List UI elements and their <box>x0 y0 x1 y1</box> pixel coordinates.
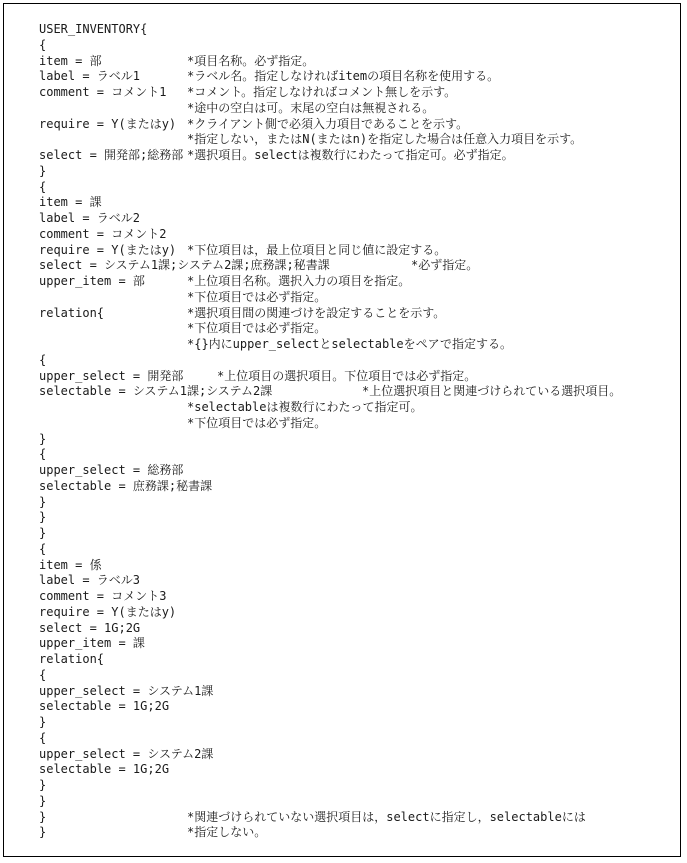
code-line: *{}内にupper_selectとselectableをペアで指定する。 <box>39 337 672 353</box>
code-key-text: } <box>39 164 46 180</box>
code-key-text: } <box>39 794 46 810</box>
code-line: select = システム1課;システム2課;庶務課;秘書課*必ず指定。 <box>39 258 672 274</box>
code-key-text: selectable = システム1課;システム2課 <box>39 384 272 400</box>
code-key-text: { <box>39 353 46 369</box>
code-key-text: { <box>39 180 46 196</box>
document-border-frame: USER_INVENTORY{{item = 部*項目名称。必ず指定。label… <box>3 3 681 857</box>
code-key-text: selectable = 庶務課;秘書課 <box>39 479 212 495</box>
code-comment-text: *クライアント側で必須入力項目であることを示す。 <box>187 117 468 133</box>
code-line: selectable = 庶務課;秘書課 <box>39 479 672 495</box>
code-comment-text: *途中の空白は可。末尾の空白は無視される。 <box>187 101 434 117</box>
code-line: label = ラベル3 <box>39 573 672 589</box>
code-key-text: } <box>39 715 46 731</box>
code-line: { <box>39 38 672 54</box>
code-line: relation{*選択項目間の関連づけを設定することを示す。 <box>39 306 672 322</box>
code-line: } <box>39 794 672 810</box>
code-line: upper_select = システム2課 <box>39 747 672 763</box>
code-line: } <box>39 715 672 731</box>
code-line: require = Y(またはy)*下位項目は，最上位項目と同じ値に設定する。 <box>39 243 672 259</box>
code-comment-text: *必ず指定。 <box>411 258 478 274</box>
code-line: comment = コメント1*コメント。指定しなければコメント無しを示す。 <box>39 85 672 101</box>
code-key-text: item = 係 <box>39 558 102 574</box>
code-line: *途中の空白は可。末尾の空白は無視される。 <box>39 101 672 117</box>
code-line: } <box>39 164 672 180</box>
code-key-text: comment = コメント1 <box>39 85 166 101</box>
code-key-text: upper_item = 部 <box>39 274 145 290</box>
code-key-text: comment = コメント2 <box>39 227 166 243</box>
code-line: { <box>39 668 672 684</box>
code-key-text: selectable = 1G;2G <box>39 762 169 778</box>
code-line: relation{ <box>39 652 672 668</box>
code-comment-text: *下位項目では必ず指定。 <box>187 321 326 337</box>
code-line: *selectableは複数行にわたって指定可。 <box>39 400 672 416</box>
code-key-text: { <box>39 447 46 463</box>
code-line: selectable = 1G;2G <box>39 699 672 715</box>
code-key-text: } <box>39 778 46 794</box>
code-line: label = ラベル2 <box>39 211 672 227</box>
code-line: item = 部*項目名称。必ず指定。 <box>39 54 672 70</box>
code-line: } <box>39 778 672 794</box>
code-key-text: upper_select = システム2課 <box>39 747 213 763</box>
code-line: upper_select = 開発部*上位項目の選択項目。下位項目では必ず指定。 <box>39 369 672 385</box>
code-line: } <box>39 510 672 526</box>
code-key-text: USER_INVENTORY{ <box>39 22 147 38</box>
code-comment-text: *ラベル名。指定しなければitemの項目名称を使用する。 <box>187 69 499 85</box>
code-line: *下位項目では必ず指定。 <box>39 321 672 337</box>
code-key-text: upper_item = 課 <box>39 636 145 652</box>
code-key-text: item = 部 <box>39 54 102 70</box>
code-comment-text: *上位項目名称。選択入力の項目を指定。 <box>187 274 410 290</box>
config-code-listing: USER_INVENTORY{{item = 部*項目名称。必ず指定。label… <box>39 22 672 841</box>
code-key-text: require = Y(またはy) <box>39 117 176 133</box>
code-line: { <box>39 180 672 196</box>
code-comment-text: *下位項目では必ず指定。 <box>187 290 326 306</box>
code-key-text: label = ラベル3 <box>39 573 140 589</box>
code-key-text: { <box>39 668 46 684</box>
code-line: }*関連づけられていない選択項目は，selectに指定し，selectableに… <box>39 810 672 826</box>
code-line: { <box>39 353 672 369</box>
code-line: upper_select = 総務部 <box>39 463 672 479</box>
code-comment-text: *上位選択項目と関連づけられている選択項目。 <box>362 384 621 400</box>
code-comment-text: *指定しない。 <box>187 825 266 841</box>
code-key-text: { <box>39 542 46 558</box>
code-key-text: upper_select = 総務部 <box>39 463 183 479</box>
code-line: require = Y(またはy)*クライアント側で必須入力項目であることを示す… <box>39 117 672 133</box>
code-line: select = 開発部;総務部*選択項目。selectは複数行にわたって指定可… <box>39 148 672 164</box>
code-key-text: { <box>39 731 46 747</box>
code-comment-text: *下位項目では必ず指定。 <box>187 416 326 432</box>
code-key-text: require = Y(またはy) <box>39 243 176 259</box>
code-line: } <box>39 432 672 448</box>
code-key-text: label = ラベル2 <box>39 211 140 227</box>
code-line: item = 課 <box>39 195 672 211</box>
code-comment-text: *項目名称。必ず指定。 <box>187 54 314 70</box>
code-line: { <box>39 731 672 747</box>
code-line: } <box>39 526 672 542</box>
code-key-text: selectable = 1G;2G <box>39 699 169 715</box>
code-line: selectable = 1G;2G <box>39 762 672 778</box>
code-key-text: } <box>39 495 46 511</box>
code-key-text: comment = コメント3 <box>39 589 166 605</box>
code-line: { <box>39 447 672 463</box>
code-line: }*指定しない。 <box>39 825 672 841</box>
code-key-text: require = Y(またはy) <box>39 605 176 621</box>
document-page: USER_INVENTORY{{item = 部*項目名称。必ず指定。label… <box>0 0 687 863</box>
code-line: select = 1G;2G <box>39 621 672 637</box>
code-comment-text: *上位項目の選択項目。下位項目では必ず指定。 <box>217 369 476 385</box>
code-line: item = 係 <box>39 558 672 574</box>
code-key-text: select = システム1課;システム2課;庶務課;秘書課 <box>39 258 330 274</box>
code-comment-text: *{}内にupper_selectとselectableをペアで指定する。 <box>187 337 512 353</box>
code-line: selectable = システム1課;システム2課*上位選択項目と関連づけられ… <box>39 384 672 400</box>
code-key-text: } <box>39 810 46 826</box>
code-line: USER_INVENTORY{ <box>39 22 672 38</box>
code-key-text: item = 課 <box>39 195 102 211</box>
code-line: *下位項目では必ず指定。 <box>39 416 672 432</box>
code-line: comment = コメント2 <box>39 227 672 243</box>
code-key-text: { <box>39 38 46 54</box>
code-key-text: relation{ <box>39 652 104 668</box>
code-key-text: label = ラベル1 <box>39 69 140 85</box>
code-comment-text: *selectableは複数行にわたって指定可。 <box>187 400 422 416</box>
code-line: *指定しない，またはN(またはn)を指定した場合は任意入力項目を示す。 <box>39 132 672 148</box>
code-comment-text: *下位項目は，最上位項目と同じ値に設定する。 <box>187 243 446 259</box>
code-line: label = ラベル1*ラベル名。指定しなければitemの項目名称を使用する。 <box>39 69 672 85</box>
code-key-text: } <box>39 825 46 841</box>
code-line: upper_item = 課 <box>39 636 672 652</box>
code-comment-text: *選択項目間の関連づけを設定することを示す。 <box>187 306 445 322</box>
code-key-text: } <box>39 432 46 448</box>
code-line: { <box>39 542 672 558</box>
code-comment-text: *選択項目。selectは複数行にわたって指定可。必ず指定。 <box>187 148 514 164</box>
code-key-text: upper_select = 開発部 <box>39 369 183 385</box>
code-line: } <box>39 495 672 511</box>
code-key-text: select = 開発部;総務部 <box>39 148 183 164</box>
code-comment-text: *コメント。指定しなければコメント無しを示す。 <box>187 85 456 101</box>
code-key-text: select = 1G;2G <box>39 621 140 637</box>
code-line: require = Y(またはy) <box>39 605 672 621</box>
code-key-text: upper_select = システム1課 <box>39 684 213 700</box>
code-comment-text: *関連づけられていない選択項目は，selectに指定し，selectableには <box>187 810 586 826</box>
code-line: *下位項目では必ず指定。 <box>39 290 672 306</box>
code-line: upper_select = システム1課 <box>39 684 672 700</box>
code-key-text: relation{ <box>39 306 104 322</box>
code-comment-text: *指定しない，またはN(またはn)を指定した場合は任意入力項目を示す。 <box>187 132 582 148</box>
code-line: upper_item = 部*上位項目名称。選択入力の項目を指定。 <box>39 274 672 290</box>
code-key-text: } <box>39 510 46 526</box>
code-key-text: } <box>39 526 46 542</box>
code-line: comment = コメント3 <box>39 589 672 605</box>
